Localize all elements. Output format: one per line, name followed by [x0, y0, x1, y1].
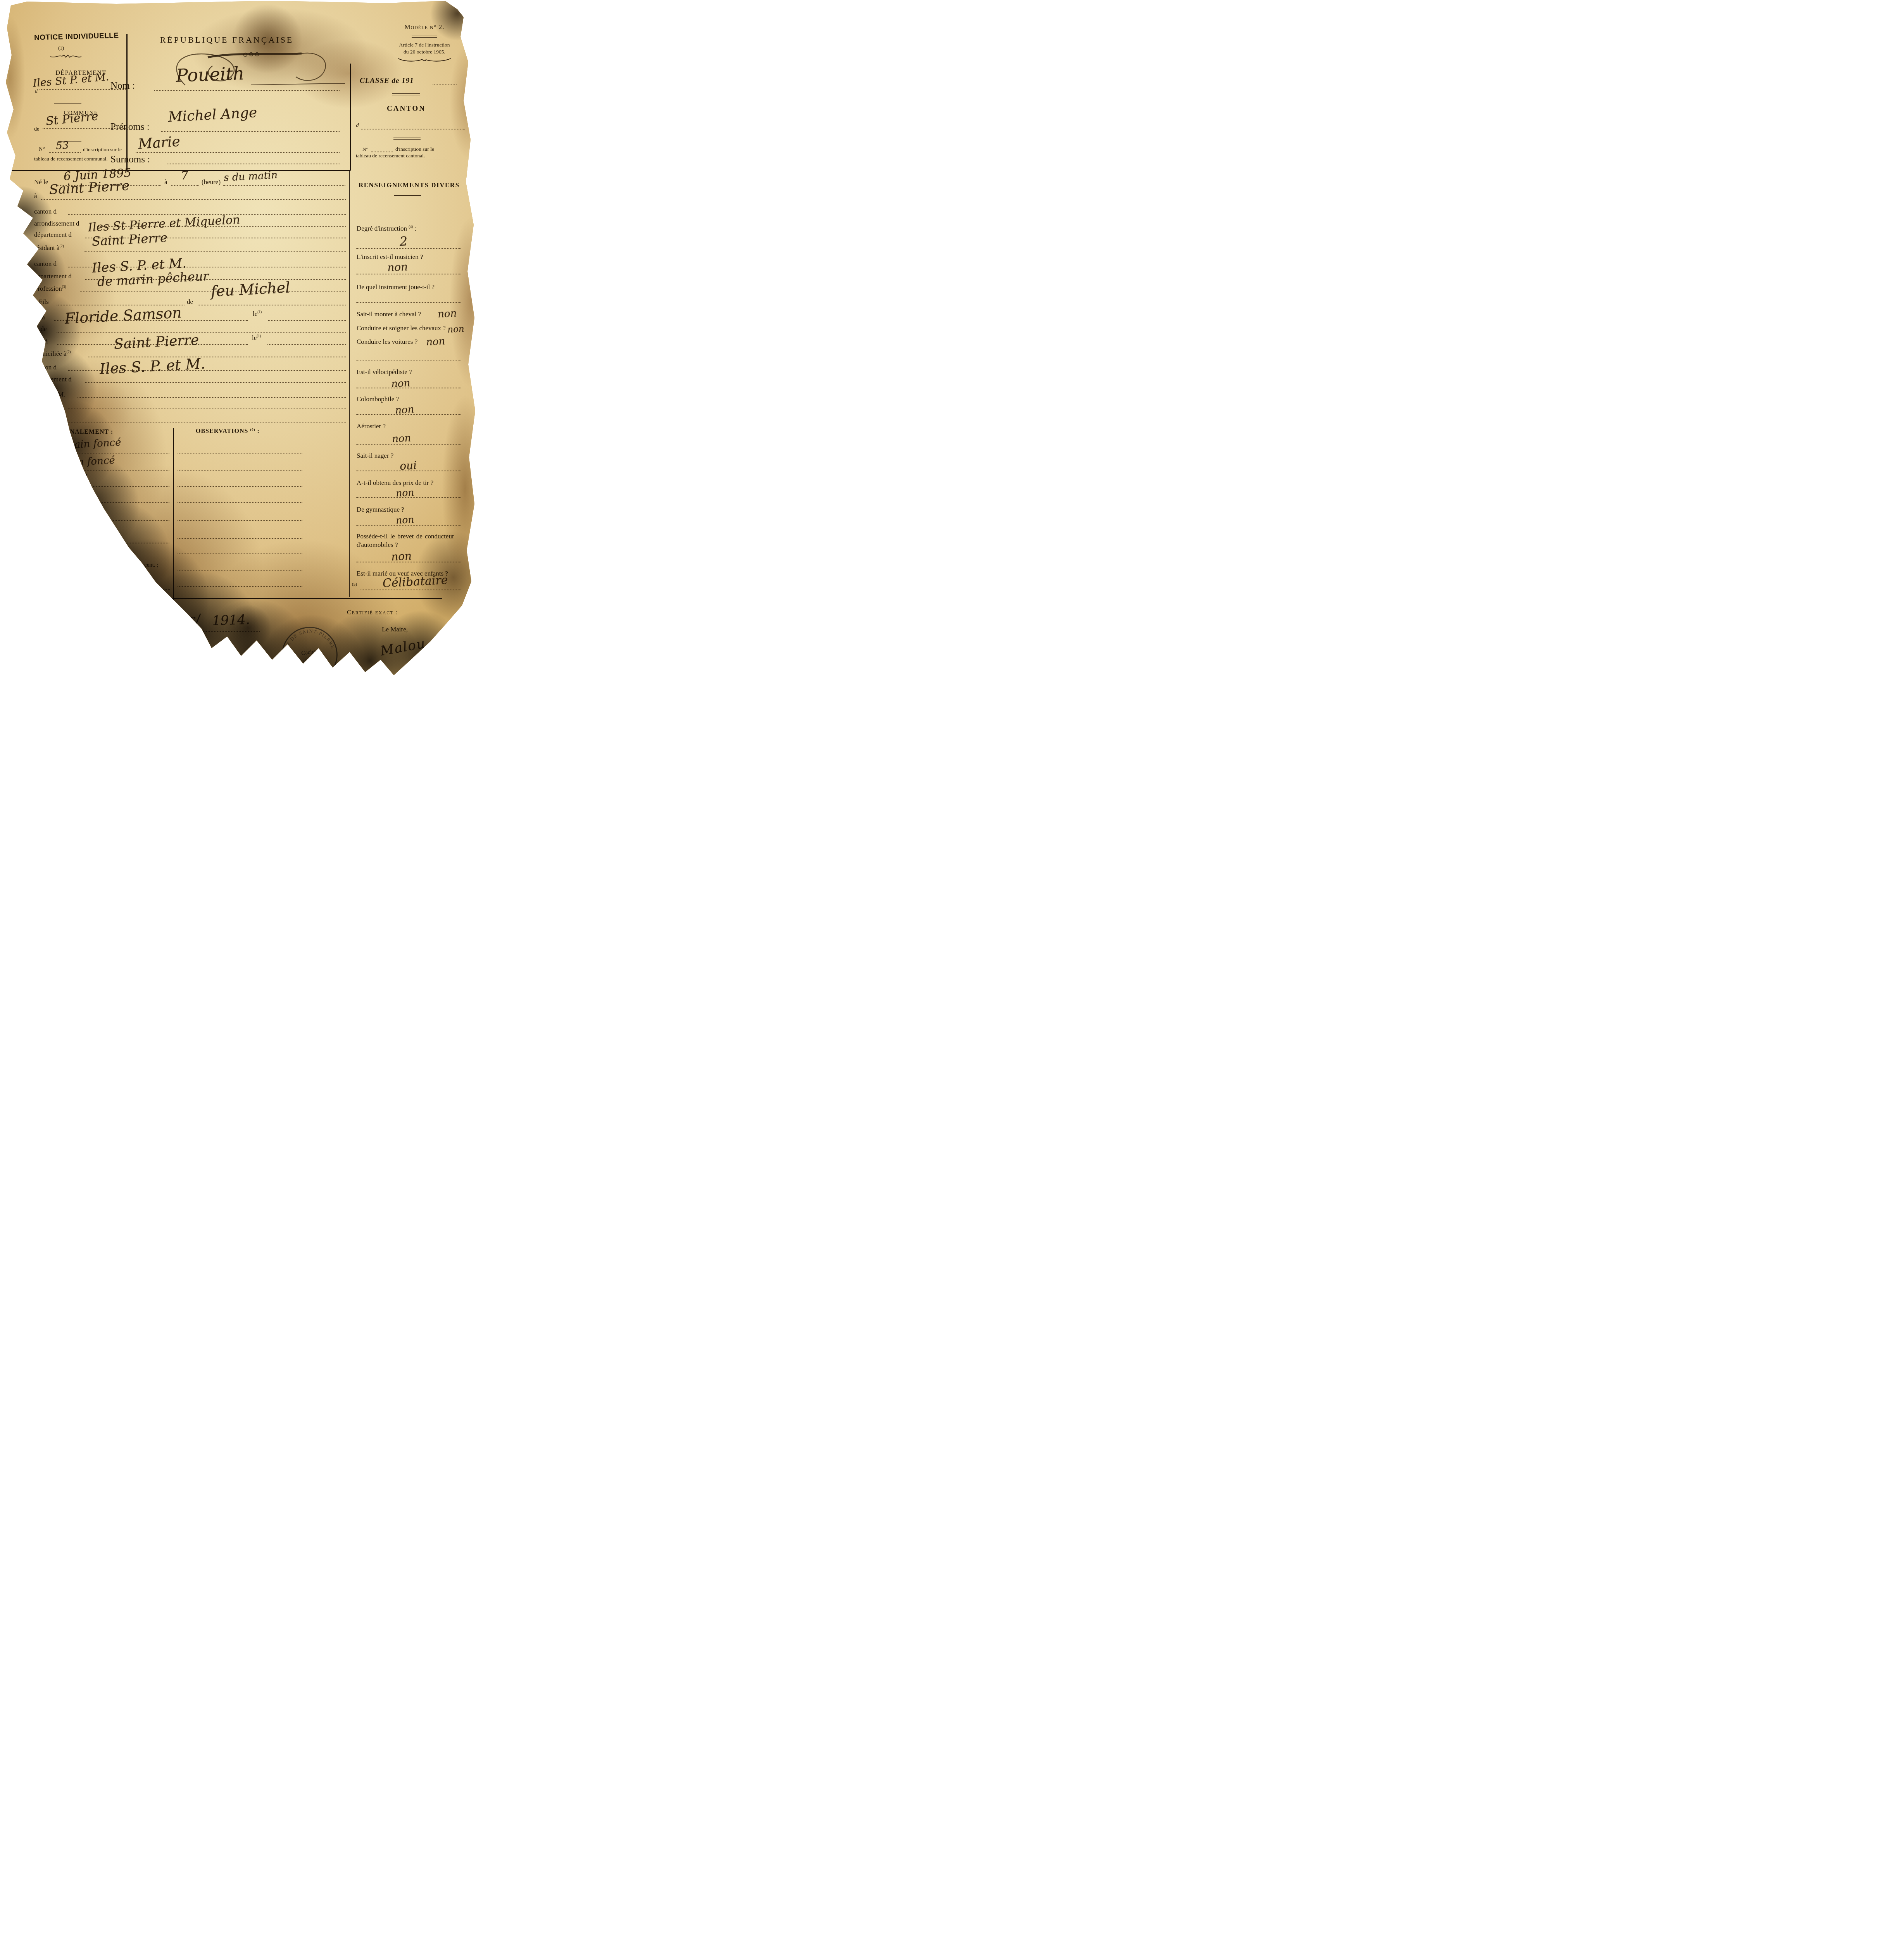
nager-line: [356, 471, 461, 471]
canton-line: [361, 129, 465, 129]
inscription-cantonal-text: d'inscription sur le: [395, 146, 434, 152]
lieu-line: [41, 199, 346, 200]
colombophile-line: [356, 414, 461, 415]
prix-tir-line: [356, 497, 461, 498]
handwriting-chevaux: non: [447, 324, 465, 335]
handwriting-date: 18 dec/: [151, 611, 201, 630]
observations-line-4: [178, 502, 302, 503]
handwriting-voitures: non: [426, 335, 445, 348]
observations-line-2: [178, 470, 302, 471]
surnoms-line: [167, 164, 340, 164]
question-voitures: Conduire les voitures ?: [357, 338, 417, 346]
surnoms-label: Surnoms :: [110, 154, 150, 165]
handwriting-heure-suffix: s du matin: [223, 169, 278, 184]
departement2-label: département d: [34, 272, 72, 280]
observations-line-9: [178, 586, 302, 587]
signalement-line-1: [41, 470, 169, 471]
instrument-line: [356, 302, 461, 303]
modele-label: Modèle n° 2.: [388, 23, 461, 31]
observations-line-1: [178, 453, 302, 453]
question-musicien: L'inscrit est-il musicien ?: [357, 253, 423, 261]
numero-communal-line: [49, 152, 81, 153]
question-chevaux: Conduire et soigner les chevaux ?: [357, 324, 446, 332]
numero-communal-label: N°: [39, 147, 45, 153]
rightbox-left-border: [350, 64, 351, 171]
handwriting-gymnastique: non: [395, 514, 414, 526]
nee-a-le-label: le(1): [252, 334, 261, 342]
notice-note: (1): [58, 45, 64, 51]
renseignements-divider: [349, 171, 351, 597]
modele-divider: [412, 36, 437, 38]
observations-line-7: [178, 553, 302, 554]
marie-note: (5): [352, 582, 357, 587]
svg-text:Cachet: Cachet: [301, 648, 318, 657]
cent2-label: cent. ;: [144, 562, 159, 569]
residant-label: résidant à(2): [34, 244, 64, 252]
canton-label: CANTON: [360, 105, 453, 113]
leftbox-divider-1: [54, 103, 81, 103]
nom-line: [154, 90, 340, 91]
handwriting-cheval: non: [437, 307, 457, 320]
rightbox-divider-1: [392, 93, 420, 95]
heure-suffix-line: [223, 185, 345, 186]
handwriting-signalement-3: rectiligne: [44, 488, 94, 502]
handwriting-signalement-0: Chatain foncé: [50, 436, 121, 452]
fils-de-label: de: [187, 298, 193, 306]
handwriting-lieu: Saint Pierre: [49, 178, 130, 198]
date-prefix: le: [136, 623, 141, 630]
handwriting-fils: feu Michel: [210, 279, 291, 300]
handwriting-musicien: non: [387, 260, 408, 274]
inscription-cantonal-text2: tableau de recensement cantonal.: [356, 153, 425, 159]
profession-label: Profession(3): [34, 285, 66, 293]
handwriting-celibataire: Célibataire: [382, 573, 448, 590]
fils-line2: [198, 305, 346, 305]
observations-line-6: [178, 538, 302, 539]
rightbox-divider-2: [393, 138, 421, 140]
departement-prefix: d: [35, 88, 38, 95]
prefet-label: Préfet,: [241, 671, 259, 675]
notice-title: NOTICE INDIVIDUELLE: [34, 31, 127, 42]
ne-a-le-line: [268, 320, 346, 321]
heure-label: (heure): [202, 178, 221, 186]
residant-line: [84, 251, 346, 252]
handwriting-heure: 7: [181, 169, 189, 183]
nee-a-label: née à: [34, 338, 48, 345]
canton1-label: canton d: [34, 208, 57, 216]
document-paper: NOTICE INDIVIDUELLE (1) RÉPUBLIQUE FRANÇ…: [0, 0, 476, 675]
numero-cantonal-label: N°: [362, 146, 368, 152]
lieu-label: à: [34, 192, 37, 200]
rightbox-bottom-rule: [350, 160, 447, 160]
footer-top-rule: [68, 598, 442, 599]
commune-prefix: de: [34, 126, 39, 133]
handwriting-signalement-1: marron foncé: [46, 455, 115, 470]
nom-label: Nom :: [110, 81, 135, 91]
prenoms-label: Prénoms :: [110, 122, 150, 133]
article-line1: Article 7 de l'instruction: [386, 42, 463, 48]
observations-line-3: [178, 486, 302, 487]
handwriting-signalement-4: rond: [50, 507, 75, 519]
classe-label: CLASSE de 191: [360, 77, 414, 85]
renseignements-title-divider: [394, 195, 421, 196]
nee-a-le-line: [267, 344, 346, 345]
handwriting-numero-53: 53: [55, 140, 69, 152]
arrondissement-label: arrondissement d: [34, 220, 79, 228]
degre-line: [356, 248, 461, 249]
renseignements-title: RENSEIGNEMENTS DIVERS: [359, 181, 458, 189]
metre-label: mètre: [83, 562, 97, 569]
domicilie-line: [88, 357, 346, 357]
ne-le-label: Né le: [34, 178, 48, 186]
marie-line: [360, 590, 461, 590]
departement3-line: [85, 382, 346, 383]
leftbox-right-border: [126, 34, 128, 171]
question-brevet-line2: d'automobiles ?: [357, 541, 398, 549]
handwriting-maire-signature: Malou: [379, 636, 427, 659]
observations-title: OBSERVATIONS (6) :: [196, 428, 260, 435]
question-instrument: De quel instrument joue-t-il ?: [357, 283, 435, 291]
signalement-line-3: [41, 502, 169, 503]
document-content: NOTICE INDIVIDUELLE (1) RÉPUBLIQUE FRANÇ…: [0, 0, 476, 675]
metre-line: [105, 568, 141, 569]
domicilie-fragment-label: é à(2): [47, 402, 58, 410]
handwriting-et-de: Floride Samson: [64, 304, 182, 327]
question-colombophile: Colombophile ?: [357, 395, 399, 403]
departement3-label: département d: [34, 376, 72, 383]
observations-line-8: [178, 570, 302, 571]
question-gymnastique: De gymnastique ?: [357, 506, 404, 514]
domicilie-label: domiciliée à(2): [34, 350, 71, 358]
tuteur-line: [78, 397, 346, 398]
ne-a-label: né à: [34, 314, 45, 321]
signalement-title: SIGNALEMENT :: [58, 429, 113, 436]
voitures-line: [356, 360, 461, 360]
gymnastique-line: [356, 525, 461, 526]
signalement-observations-divider: [173, 428, 174, 609]
handwriting-nom: Poueith: [176, 63, 245, 86]
velocipediste-line: [356, 388, 461, 388]
scanned-document-page: NOTICE INDIVIDUELLE (1) RÉPUBLIQUE FRANÇ…: [0, 0, 476, 675]
prenoms-line: [161, 131, 340, 132]
mairie-stamp: MAIRIE DE SAINT-PIERRE Cachet COLONIE de…: [277, 622, 342, 675]
particulieres-line: [58, 589, 170, 590]
et-de-label: et de: [34, 325, 47, 333]
ne-le-a-label: à: [164, 178, 167, 186]
canton-prefix: d: [356, 122, 359, 129]
fils-label: Fils: [39, 298, 49, 306]
maire-label: Le Maire,: [382, 626, 408, 633]
heure-line: [171, 185, 199, 186]
complementaires-line: [41, 543, 169, 543]
handwriting-prenoms-2: Marie: [138, 134, 181, 152]
complementaires-label: sionomiques complémentaires :: [37, 530, 114, 536]
inscription-communal-text: d'inscription sur le: [83, 147, 122, 153]
signalement-line-2: [41, 486, 169, 487]
notice-flourish-ornament: [50, 53, 82, 59]
brace-ornament: [397, 57, 452, 64]
handwriting-brevet: non: [391, 549, 412, 563]
signalement-line-0: [41, 453, 169, 453]
classe-line: [433, 84, 457, 85]
handwriting-departement3: Iles S. P. et M.: [99, 355, 206, 378]
domicilie-fragment-line: [68, 409, 346, 409]
canton2-label: canton d: [34, 260, 57, 268]
musicien-line: [356, 274, 461, 274]
svg-text:COLONIE: COLONIE: [296, 656, 325, 665]
observations-line-5: [178, 520, 302, 521]
brevet-line: [356, 562, 461, 562]
question-aerostier: Aérostier ?: [357, 422, 386, 430]
handwriting-prenoms: Michel Ange: [168, 105, 257, 125]
date-line: [143, 631, 260, 632]
degre-instruction-question: Degré d'instruction (4) :: [357, 225, 416, 233]
handwriting-signalement-2: Vertical: [48, 472, 88, 486]
departement-fragment-line: [68, 422, 346, 422]
aerostier-line: [356, 444, 461, 445]
prenoms-line-2: [136, 152, 340, 153]
particulieres-label: iculières :: [91, 575, 114, 582]
numero-cantonal-line: [371, 152, 393, 152]
question-velocipediste: Est-il vélocipédiste ?: [357, 368, 412, 376]
departement-fragment-label: ment d: [41, 415, 59, 423]
cent-label: cent ;: [116, 550, 129, 557]
signalement-line-4: [41, 520, 169, 521]
departement1-label: département d: [34, 231, 72, 239]
handwriting-domicilie: Saint Pierre: [114, 332, 199, 352]
canton3-label: canton d: [34, 364, 57, 371]
question-brevet-line1: Possède-t-il le brevet de conducteur: [357, 533, 454, 540]
svg-text:de la Mairie.: de la Mairie.: [298, 663, 325, 672]
question-nager: Sait-il nager ?: [357, 452, 393, 460]
inscription-communal-text2: tableau de recensement communal.: [34, 156, 108, 162]
ne-a-le-label: le(1): [253, 310, 262, 318]
vu-label: Vu :: [216, 658, 227, 666]
et-de-line: [57, 332, 346, 333]
handwriting-date-year: 1914.: [212, 612, 250, 629]
question-prix-tir: A-t-il obtenu des prix de tir ?: [357, 479, 433, 487]
handwriting-aerostier: non: [391, 432, 411, 445]
question-cheval: Sait-il monter à cheval ?: [357, 310, 421, 318]
handwriting-degre: 2: [399, 234, 408, 249]
article-line2: du 20 octobre 1905.: [386, 49, 463, 55]
certifie-label: Certifié exact :: [347, 609, 398, 616]
tuteur-label: tuteur M.: [41, 391, 65, 398]
